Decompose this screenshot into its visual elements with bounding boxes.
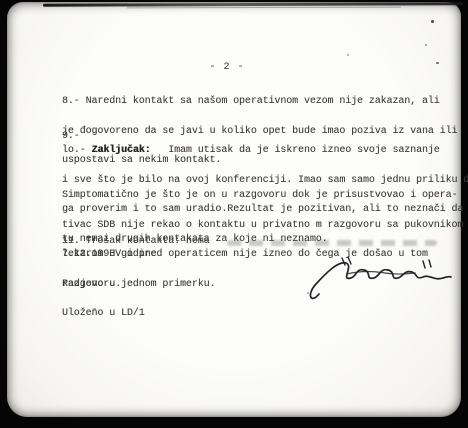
text-line: 8.- Naredni kontakt sa našom operativnom… [62,97,457,107]
filed-line: Uloženo u LD/1 [62,309,215,319]
item-10-prefix: lo.- [62,145,92,156]
signature-scribble [307,250,453,304]
conclusion-heading: Zaključak: [92,145,151,156]
text-line: lo.- Zaključak: Imam utisak da je iskren… [62,146,468,156]
text-line: Simptomatično je što je on u razgovoru d… [62,191,463,201]
scan-speck [425,44,427,46]
conclusion-first-line-rest: Imam utisak da je iskreno izneo svoje sa… [151,145,440,156]
scan-black-frame: - 2 - 8.- Naredni kontakt sa našom opera… [0,0,468,428]
footer-block: 7.12.1993.godine Radjeno u jednom primer… [62,230,215,339]
page-number: - 2 - [7,62,447,73]
date-line: 7.12.1993.godine [62,250,215,260]
scan-speck [431,20,434,23]
document-page: - 2 - 8.- Naredni kontakt sa našom opera… [7,2,461,417]
scan-speck [347,54,349,56]
scan-top-edge-line-faint [127,7,401,9]
copies-line: Radjeno u jednom primerku. [62,280,215,290]
